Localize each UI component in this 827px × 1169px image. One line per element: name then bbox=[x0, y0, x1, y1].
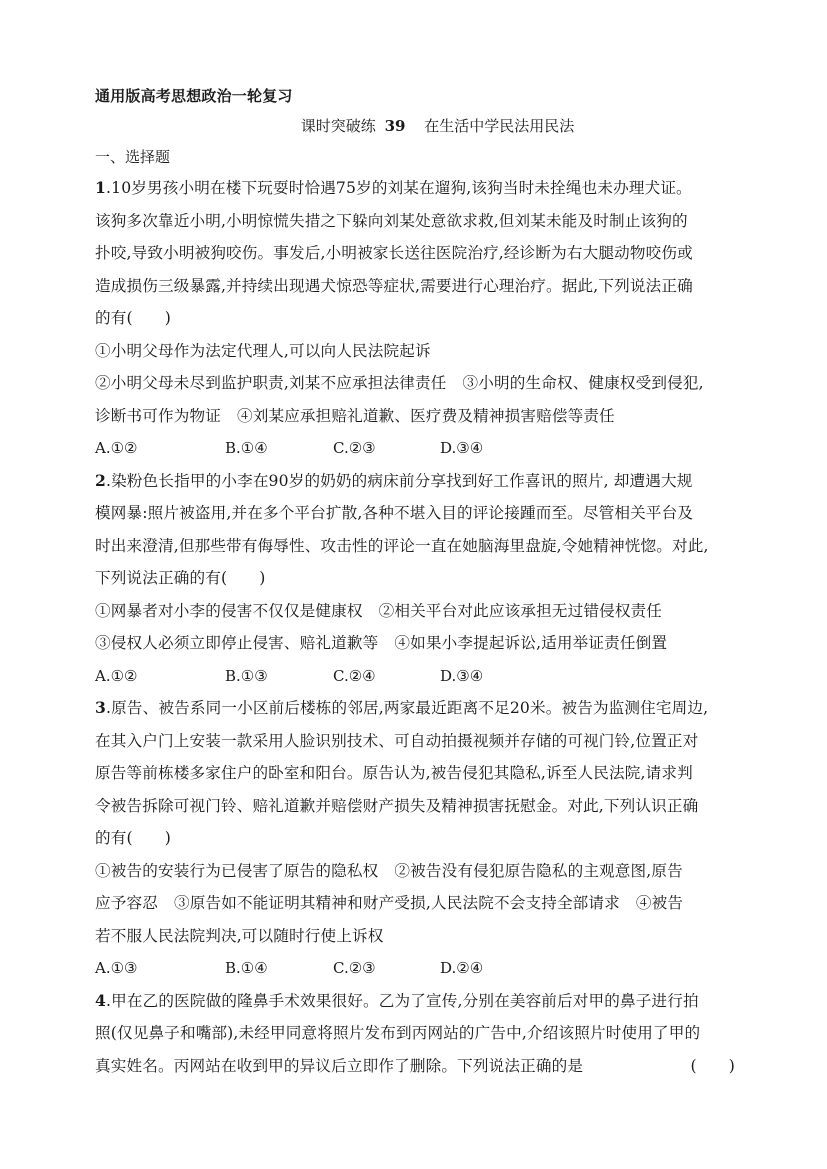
options-row: A.①② B.①④ C.②③ D.③④ bbox=[95, 432, 740, 465]
question-line: 4.甲在乙的医院做的隆鼻手术效果很好。乙为了宣传,分别在美容前后对甲的鼻子进行拍 bbox=[95, 985, 740, 1018]
option-a[interactable]: A.①③ bbox=[95, 952, 138, 985]
statement-line: 诊断书可作为物证④刘某应承担赔礼道歉、医疗费及精神损害赔偿等责任 bbox=[95, 400, 740, 433]
answer-blank-line: 下列说法正确的有() bbox=[95, 562, 740, 595]
question-line: 模网暴:照片被盗用,并在多个平台扩散,各种不堪入目的评论接踵而至。尽管相关平台及 bbox=[95, 497, 740, 530]
option-d[interactable]: D.③④ bbox=[440, 660, 483, 693]
option-b[interactable]: B.①④ bbox=[225, 952, 268, 985]
question-line: 该狗多次靠近小明,小明惊慌失措之下躲向刘某处意欲求救,但刘某未能及时制止该狗的 bbox=[95, 205, 740, 238]
question-4: 4.甲在乙的医院做的隆鼻手术效果很好。乙为了宣传,分别在美容前后对甲的鼻子进行拍… bbox=[95, 985, 740, 1083]
answer-blank[interactable]: () bbox=[691, 1050, 735, 1083]
question-line: 扑咬,导致小明被狗咬伤。事发后,小明被家长送往医院治疗,经诊断为右大腿动物咬伤或 bbox=[95, 237, 740, 270]
question-line: 令被告拆除可视门铃、赔礼道歉并赔偿财产损失及精神损害抚慰金。对此,下列认识正确 bbox=[95, 790, 740, 823]
question-line: 1.10岁男孩小明在楼下玩耍时恰遇75岁的刘某在遛狗,该狗当时未拴绳也未办理犬证… bbox=[95, 172, 740, 205]
statement-line: ①网暴者对小李的侵害不仅仅是健康权②相关平台对此应该承担无过错侵权责任 bbox=[95, 595, 740, 628]
question-1: 1.10岁男孩小明在楼下玩耍时恰遇75岁的刘某在遛狗,该狗当时未拴绳也未办理犬证… bbox=[95, 172, 740, 465]
lesson-number: 39 bbox=[385, 117, 406, 135]
option-b[interactable]: B.①③ bbox=[225, 660, 268, 693]
statement: ①小明父母作为法定代理人,可以向人民法院起诉 bbox=[95, 335, 740, 368]
answer-blank-line: 的有() bbox=[95, 302, 740, 335]
option-d[interactable]: D.②④ bbox=[440, 952, 483, 985]
question-line: 照(仅见鼻子和嘴部),未经甲同意将照片发布到丙网站的广告中,介绍该照片时使用了甲… bbox=[95, 1017, 740, 1050]
lesson-prefix: 课时突破练 bbox=[301, 117, 376, 135]
question-line: 3.原告、被告系同一小区前后楼栋的邻居,两家最近距离不足20米。被告为监测住宅周… bbox=[95, 692, 740, 725]
question-number: 1 bbox=[95, 178, 106, 197]
statement-line: ③侵权人必须立即停止侵害、赔礼道歉等④如果小李提起诉讼,适用举证责任倒置 bbox=[95, 627, 740, 660]
options-row: A.①③ B.①④ C.②③ D.②④ bbox=[95, 952, 740, 985]
section-heading: 一、选择题 bbox=[95, 142, 740, 172]
answer-blank-line: 真实姓名。丙网站在收到甲的异议后立即作了删除。下列说法正确的是() bbox=[95, 1050, 740, 1083]
statement-line: ①被告的安装行为已侵害了原告的隐私权②被告没有侵犯原告隐私的主观意图,原告 bbox=[95, 855, 740, 888]
option-a[interactable]: A.①② bbox=[95, 660, 138, 693]
question-number: 2 bbox=[95, 471, 106, 490]
question-line: 在其入户门上安装一款采用人脸识别技术、可自动拍摄视频并存储的可视门铃,位置正对 bbox=[95, 725, 740, 758]
question-number: 3 bbox=[95, 698, 106, 717]
question-2: 2.染粉色长指甲的小李在90岁的奶奶的病床前分享找到好工作喜讯的照片, 却遭遇大… bbox=[95, 465, 740, 693]
question-line: 原告等前栋楼多家住户的卧室和阳台。原告认为,被告侵犯其隐私,诉至人民法院,请求判 bbox=[95, 757, 740, 790]
option-d[interactable]: D.③④ bbox=[440, 432, 483, 465]
question-3: 3.原告、被告系同一小区前后楼栋的邻居,两家最近距离不足20米。被告为监测住宅周… bbox=[95, 692, 740, 985]
option-b[interactable]: B.①④ bbox=[225, 432, 268, 465]
options-row: A.①② B.①③ C.②④ D.③④ bbox=[95, 660, 740, 693]
statement-line: ②小明父母未尽到监护职责,刘某不应承担法律责任③小明的生命权、健康权受到侵犯, bbox=[95, 367, 740, 400]
statement-line: 应予容忍③原告如不能证明其精神和财产受损,人民法院不会支持全部请求④被告 bbox=[95, 887, 740, 920]
question-line: 2.染粉色长指甲的小李在90岁的奶奶的病床前分享找到好工作喜讯的照片, 却遭遇大… bbox=[95, 465, 740, 498]
series-header: 通用版高考思想政治一轮复习 bbox=[95, 82, 740, 110]
lesson-title: 课时突破练 39 在生活中学民法用民法 bbox=[95, 110, 740, 142]
option-c[interactable]: C.②③ bbox=[333, 432, 376, 465]
statement: 若不服人民法院判决,可以随时行使上诉权 bbox=[95, 920, 740, 953]
option-c[interactable]: C.②④ bbox=[333, 660, 376, 693]
option-c[interactable]: C.②③ bbox=[333, 952, 376, 985]
answer-blank-line: 的有() bbox=[95, 822, 740, 855]
option-a[interactable]: A.①② bbox=[95, 432, 138, 465]
question-line: 时出来澄清,但那些带有侮辱性、攻击性的评论一直在她脑海里盘旋,令她精神恍惚。对此… bbox=[95, 530, 740, 563]
lesson-name: 在生活中学民法用民法 bbox=[424, 117, 574, 135]
document-page: 通用版高考思想政治一轮复习 课时突破练 39 在生活中学民法用民法 一、选择题 … bbox=[95, 82, 740, 1082]
question-line: 造成损伤三级暴露,并持续出现遇犬惊恐等症状,需要进行心理治疗。据此,下列说法正确 bbox=[95, 270, 740, 303]
question-number: 4 bbox=[95, 991, 106, 1010]
